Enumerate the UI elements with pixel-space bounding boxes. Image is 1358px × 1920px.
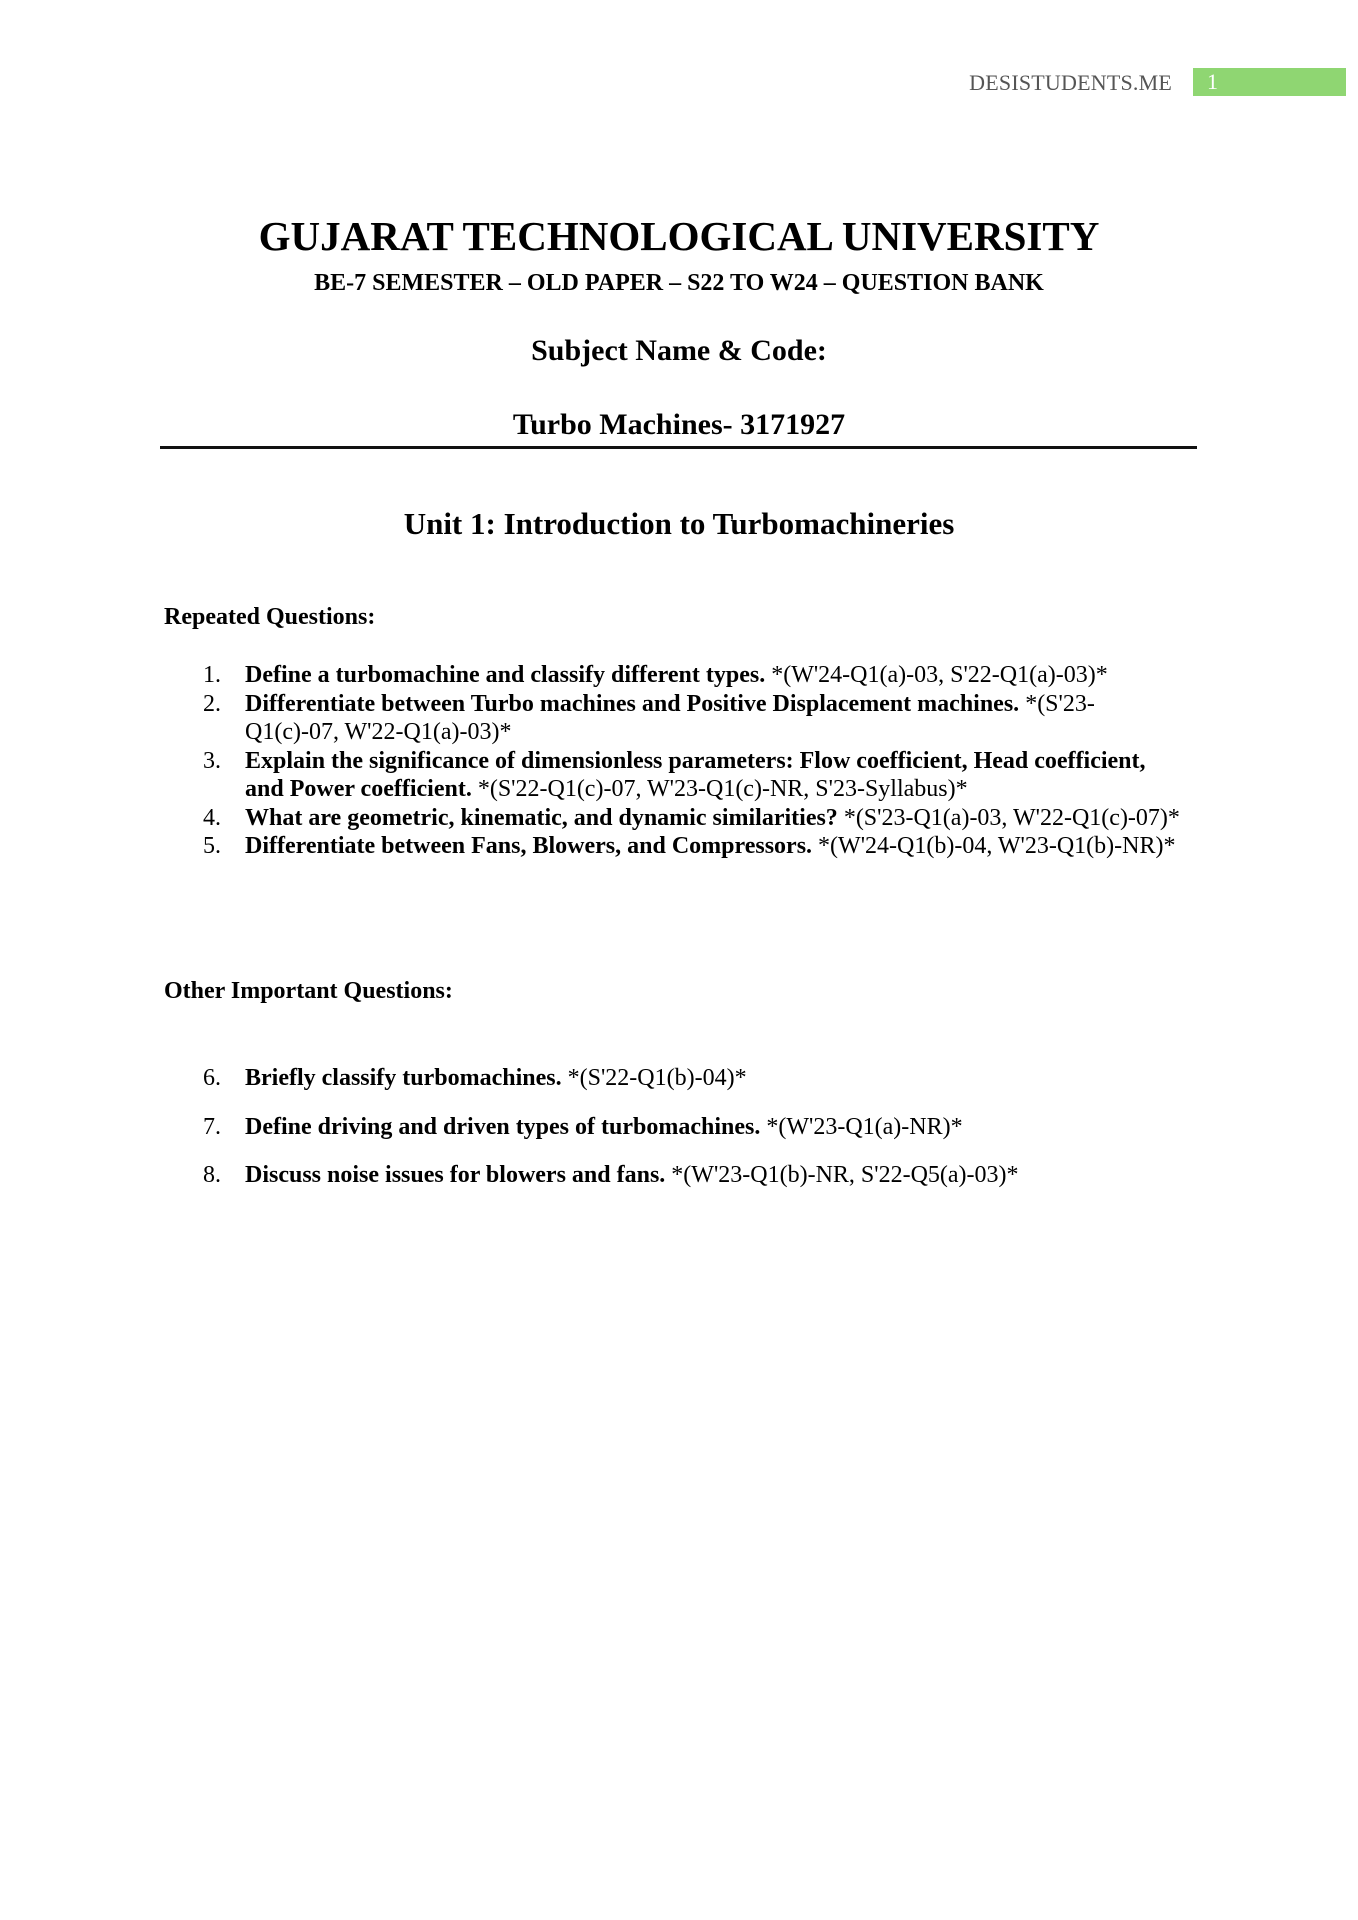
- question-reference: *(W'23-Q1(a)-NR)*: [760, 1114, 962, 1140]
- unit-title: Unit 1: Introduction to Turbomachineries: [0, 506, 1358, 542]
- question-reference: *(S'23-Q1(a)-03, W'22-Q1(c)-07)*: [838, 805, 1180, 831]
- subject-label: Subject Name & Code:: [0, 334, 1358, 368]
- question-number: 8.: [203, 1161, 221, 1190]
- horizontal-divider: [160, 446, 1197, 449]
- question-item: 1. Define a turbomachine and classify di…: [0, 661, 1358, 690]
- question-text: Differentiate between Fans, Blowers, and…: [245, 833, 812, 859]
- question-text: Briefly classify turbomachines.: [245, 1065, 562, 1091]
- repeated-questions-heading: Repeated Questions:: [164, 604, 375, 631]
- question-number: 3.: [203, 747, 221, 776]
- question-number: 2.: [203, 690, 221, 719]
- question-item: 5. Differentiate between Fans, Blowers, …: [0, 832, 1358, 861]
- question-text: Define a turbomachine and classify diffe…: [245, 662, 765, 688]
- page-number: 1: [1207, 69, 1218, 94]
- question-number: 6.: [203, 1064, 221, 1093]
- subject-name-code: Turbo Machines- 3171927: [0, 408, 1358, 442]
- question-item: 6. Briefly classify turbomachines. *(S'2…: [0, 1064, 1358, 1093]
- question-number: 7.: [203, 1113, 221, 1142]
- site-name: DESISTUDENTS.ME: [969, 70, 1172, 96]
- question-text: Discuss noise issues for blowers and fan…: [245, 1162, 665, 1188]
- repeated-questions-list: 1. Define a turbomachine and classify di…: [0, 661, 1358, 861]
- university-title: GUJARAT TECHNOLOGICAL UNIVERSITY: [0, 212, 1358, 260]
- question-item: 4. What are geometric, kinematic, and dy…: [0, 804, 1358, 833]
- other-questions-list: 6. Briefly classify turbomachines. *(S'2…: [0, 1064, 1358, 1210]
- question-number: 1.: [203, 661, 221, 690]
- question-text: Define driving and driven types of turbo…: [245, 1114, 760, 1140]
- question-reference: *(W'24-Q1(b)-04, W'23-Q1(b)-NR)*: [812, 833, 1175, 859]
- question-item: 3. Explain the significance of dimension…: [0, 747, 1358, 804]
- question-item: 7. Define driving and driven types of tu…: [0, 1113, 1358, 1142]
- question-item: 2. Differentiate between Turbo machines …: [0, 690, 1358, 747]
- question-reference: *(S'22-Q1(b)-04)*: [562, 1065, 747, 1091]
- question-item: 8. Discuss noise issues for blowers and …: [0, 1161, 1358, 1190]
- other-questions-heading: Other Important Questions:: [164, 978, 453, 1005]
- question-text: Differentiate between Turbo machines and…: [245, 691, 1019, 717]
- question-reference: *(W'23-Q1(b)-NR, S'22-Q5(a)-03)*: [665, 1162, 1018, 1188]
- page-number-badge: 1: [1193, 68, 1346, 96]
- question-reference: *(S'22-Q1(c)-07, W'23-Q1(c)-NR, S'23-Syl…: [472, 776, 968, 802]
- question-reference: *(W'24-Q1(a)-03, S'22-Q1(a)-03)*: [765, 662, 1108, 688]
- question-number: 4.: [203, 804, 221, 833]
- document-subtitle: BE-7 SEMESTER – OLD PAPER – S22 TO W24 –…: [0, 270, 1358, 297]
- question-number: 5.: [203, 832, 221, 861]
- page-header: DESISTUDENTS.ME 1: [0, 68, 1358, 96]
- question-text: What are geometric, kinematic, and dynam…: [245, 805, 838, 831]
